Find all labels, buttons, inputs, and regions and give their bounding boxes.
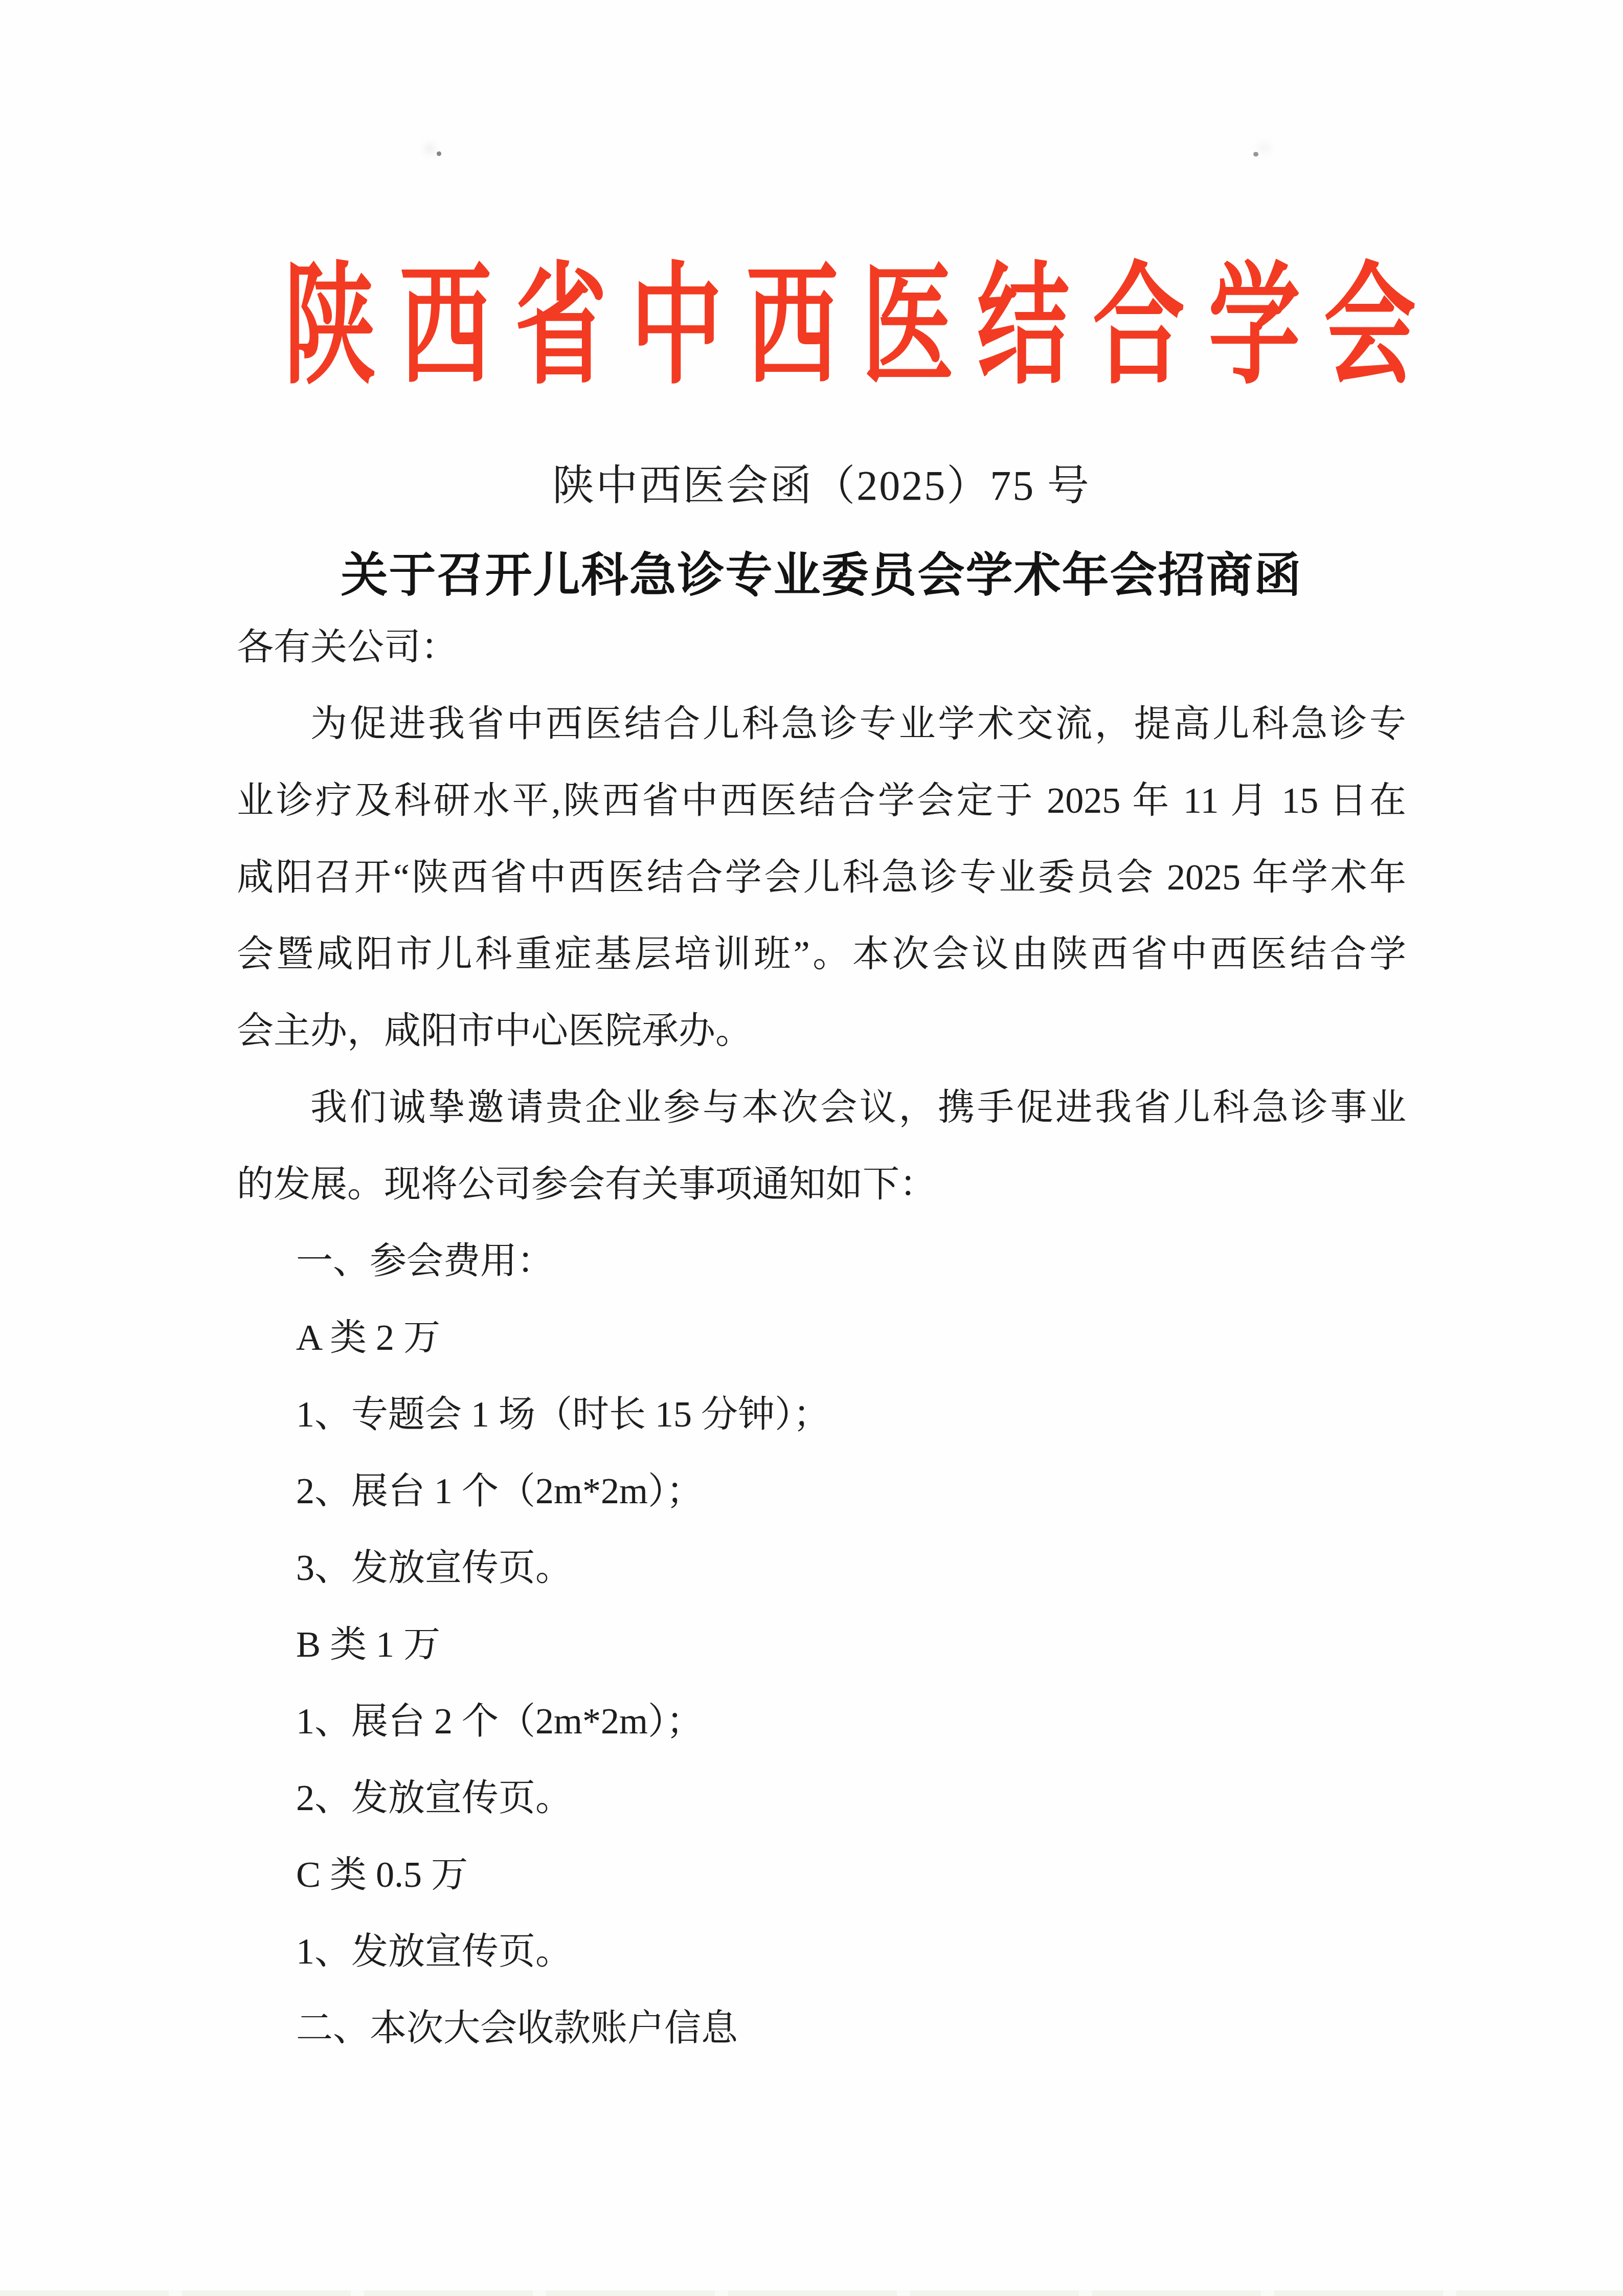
organization-title: 陕西省中西医结合学会	[237, 0, 1406, 404]
document-reference-number: 陕中西医会函（2025）75 号	[237, 455, 1406, 517]
body-line: A 类 2 万	[237, 1299, 1406, 1376]
scan-bottom-edge	[0, 2290, 1623, 2296]
body-line: 咸阳召开“陕西省中西医结合学会儿科急诊专业委员会 2025 年学术年	[237, 839, 1406, 916]
body-line: 会暨咸阳市儿科重症基层培训班”。本次会议由陕西省中西医结合学	[237, 916, 1406, 992]
organization-title-text: 陕西省中西医结合学会	[260, 218, 1439, 436]
body-line: 的发展。现将公司参会有关事项通知如下：	[237, 1146, 1406, 1222]
body-line: 1、展台 2 个（2m*2m）；	[237, 1683, 1406, 1759]
body-line: 3、发放宣传页。	[237, 1529, 1406, 1606]
body-line: C 类 0.5 万	[237, 1836, 1406, 1913]
scanned-letter-page: 陕西省中西医结合学会 陕中西医会函（2025）75 号 关于召开儿科急诊专业委员…	[0, 0, 1623, 2296]
body-line: 业诊疗及科研水平,陕西省中西医结合学会定于 2025 年 11 月 15 日在	[237, 762, 1406, 839]
body-line: 二、本次大会收款账户信息	[237, 1990, 1406, 2066]
letter-body: 各有关公司： 为促进我省中西医结合儿科急诊专业学术交流，提高儿科急诊专业诊疗及科…	[237, 609, 1406, 2066]
body-line: 会主办，咸阳市中心医院承办。	[237, 992, 1406, 1069]
body-line: 一、参会费用：	[237, 1222, 1406, 1299]
body-line: 我们诚挚邀请贵企业参与本次会议，携手促进我省儿科急诊事业	[237, 1069, 1406, 1146]
body-line: 1、专题会 1 场（时长 15 分钟）；	[237, 1376, 1406, 1453]
body-line: 2、发放宣传页。	[237, 1759, 1406, 1836]
body-line: 为促进我省中西医结合儿科急诊专业学术交流，提高儿科急诊专	[237, 685, 1406, 762]
salutation: 各有关公司：	[237, 609, 1406, 685]
body-line: 2、展台 1 个（2m*2m）；	[237, 1453, 1406, 1529]
body-line: B 类 1 万	[237, 1606, 1406, 1683]
scan-speck	[1253, 152, 1258, 157]
document-subject-title: 关于召开儿科急诊专业委员会学术年会招商函	[237, 542, 1406, 609]
body-line: 1、发放宣传页。	[237, 1913, 1406, 1990]
scan-speck	[437, 151, 441, 156]
